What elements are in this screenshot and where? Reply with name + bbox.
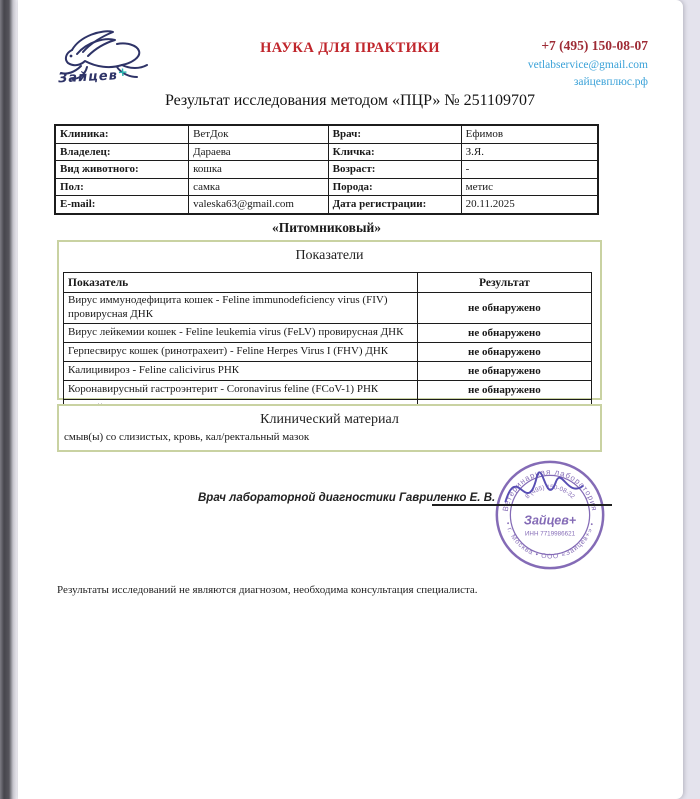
info-label: Вид животного: <box>55 161 189 179</box>
signature-line <box>432 504 612 506</box>
info-value: самка <box>189 178 329 196</box>
contact-block: +7 (495) 150-08-07 vetlabservice@gmail.c… <box>420 38 648 90</box>
disclaimer-text: Результаты исследований не являются диаг… <box>57 584 617 596</box>
test-result: не обнаружено <box>417 323 591 342</box>
panel-name: «Питомниковый» <box>54 220 599 236</box>
clinical-material-text: смыв(ы) со слизистых, кровь, кал/ректаль… <box>64 431 584 443</box>
info-label: Клиника: <box>55 125 189 143</box>
phone-number: +7 (495) 150-08-07 <box>420 38 648 55</box>
table-row: Владелец: Дараева Кличка: З.Я. <box>55 143 598 161</box>
table-row: Вирус лейкемии кошек - Feline leukemia v… <box>64 323 592 342</box>
info-value: Дараева <box>189 143 329 161</box>
results-section: Показатели Показатель Результат Вирус им… <box>57 240 602 400</box>
table-row: Герпесвирус кошек (ринотрахеит) - Feline… <box>64 342 592 361</box>
info-label: Кличка: <box>328 143 461 161</box>
lab-stamp: Ветеринарная лаборатория • г. Москва • О… <box>492 457 608 573</box>
results-table: Показатель Результат Вирус иммунодефицит… <box>63 272 592 419</box>
scanned-document-photo: Зайцев+ НАУКА ДЛЯ ПРАКТИКИ +7 (495) 150-… <box>0 0 700 799</box>
info-label: Порода: <box>328 178 461 196</box>
table-row: Пол: самка Порода: метис <box>55 178 598 196</box>
test-name: Вирус иммунодефицита кошек - Feline immu… <box>64 293 418 324</box>
clinical-material-title: Клинический материал <box>59 412 600 428</box>
test-name: Коронавирусный гастроэнтерит - Coronavir… <box>64 380 418 399</box>
info-label: Пол: <box>55 178 189 196</box>
column-header-param: Показатель <box>64 273 418 293</box>
info-value: кошка <box>189 161 329 179</box>
info-value: метис <box>461 178 598 196</box>
test-result: не обнаружено <box>417 342 591 361</box>
test-result: не обнаружено <box>417 361 591 380</box>
info-value: valeska63@gmail.com <box>189 196 329 214</box>
logo-brand: Зайцев <box>58 68 118 86</box>
round-seal-icon: Ветеринарная лаборатория • г. Москва • О… <box>492 457 608 573</box>
info-value: З.Я. <box>461 143 598 161</box>
info-value: 20.11.2025 <box>461 196 598 214</box>
doctor-signature-label: Врач лабораторной диагностики Гавриленко… <box>198 492 495 504</box>
stamp-inn-text: ИНН 7719986621 <box>525 530 576 537</box>
test-result: не обнаружено <box>417 293 591 324</box>
info-value: - <box>461 161 598 179</box>
table-row: Коронавирусный гастроэнтерит - Coronavir… <box>64 380 592 399</box>
logo-plus-icon: + <box>117 65 129 80</box>
test-name: Герпесвирус кошек (ринотрахеит) - Feline… <box>64 342 418 361</box>
clinical-material-section: Клинический материал смыв(ы) со слизисты… <box>57 404 602 452</box>
column-header-result: Результат <box>417 273 591 293</box>
info-value: ВетДок <box>189 125 329 143</box>
info-label: E-mail: <box>55 196 189 214</box>
test-name: Вирус лейкемии кошек - Feline leukemia v… <box>64 323 418 342</box>
info-label: Возраст: <box>328 161 461 179</box>
document-title: Результат исследования методом «ПЦР» № 2… <box>70 92 630 110</box>
info-value: Ефимов <box>461 125 598 143</box>
info-label: Дата регистрации: <box>328 196 461 214</box>
table-row: Вирус иммунодефицита кошек - Feline immu… <box>64 293 592 324</box>
website-link: зайцевплюс.рф <box>420 75 648 89</box>
stamp-brand-text: Зайцев+ <box>524 514 577 528</box>
table-row: Клиника: ВетДок Врач: Ефимов <box>55 125 598 143</box>
test-name: Калицивироз - Feline calicivirus РНК <box>64 361 418 380</box>
table-row: Калицивироз - Feline calicivirus РНК не … <box>64 361 592 380</box>
info-label: Врач: <box>328 125 461 143</box>
info-label: Владелец: <box>55 143 189 161</box>
table-header-row: Показатель Результат <box>64 273 592 293</box>
results-section-title: Показатели <box>59 248 600 264</box>
test-result: не обнаружено <box>417 380 591 399</box>
email-link: vetlabservice@gmail.com <box>420 58 648 72</box>
table-row: Вид животного: кошка Возраст: - <box>55 161 598 179</box>
patient-info-table: Клиника: ВетДок Врач: Ефимов Владелец: Д… <box>54 124 599 215</box>
table-row: E-mail: valeska63@gmail.com Дата регистр… <box>55 196 598 214</box>
